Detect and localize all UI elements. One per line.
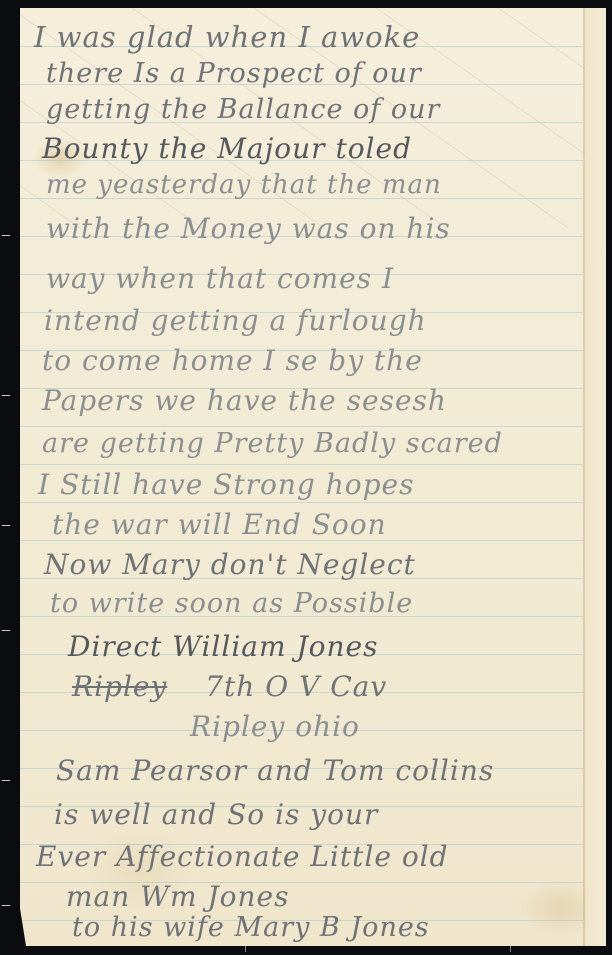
letter-line: way when that comes I [46, 262, 394, 295]
letter-line: are getting Pretty Badly scared [42, 428, 503, 459]
signature-line: man Wm Jones [66, 880, 289, 913]
letter-line: Sam Pearsor and Tom collins [56, 754, 494, 787]
letter-line: the war will End Soon [52, 508, 387, 541]
address-line: to his wife Mary B Jones [72, 912, 430, 943]
scan-border [0, 0, 612, 8]
letter-line: is well and So is your [54, 798, 378, 831]
edge-tick [2, 630, 10, 631]
letter-line: Bounty the Majour toled [42, 132, 412, 165]
edge-tick [2, 780, 10, 781]
letter-line: to write soon as Possible [50, 588, 413, 619]
letter-line: to come home I se by the [42, 344, 423, 377]
letter-line: with the Money was on his [46, 212, 451, 245]
letter-line: I was glad when I awoke [34, 20, 420, 54]
edge-tick [2, 525, 10, 526]
letter-line: Papers we have the sesesh [42, 384, 447, 417]
edge-tick [245, 946, 246, 952]
edge-tick [2, 905, 10, 906]
edge-tick [2, 235, 10, 236]
letter-line: intend getting a furlough [44, 304, 427, 337]
struck-out-word: Ripley [72, 670, 167, 703]
letter-line: Direct William Jones [68, 630, 379, 663]
handwritten-text: I was glad when I awoke there Is a Prosp… [20, 8, 606, 946]
edge-tick [510, 946, 511, 952]
letter-line: Ripley 7th O V Cav [72, 670, 387, 703]
letter-line: Ripley ohio [190, 710, 360, 743]
letter-line: I Still have Strong hopes [38, 468, 414, 501]
regiment-text: 7th O V Cav [205, 670, 387, 703]
letter-line: getting the Ballance of our [46, 94, 440, 125]
letter-line: Ever Affectionate Little old [36, 840, 449, 873]
letter-page: I was glad when I awoke there Is a Prosp… [20, 8, 606, 946]
letter-line: Now Mary don't Neglect [44, 548, 416, 581]
letter-line: there Is a Prospect of our [46, 58, 422, 89]
letter-line: me yeasterday that the man [46, 170, 442, 200]
edge-tick [2, 395, 10, 396]
